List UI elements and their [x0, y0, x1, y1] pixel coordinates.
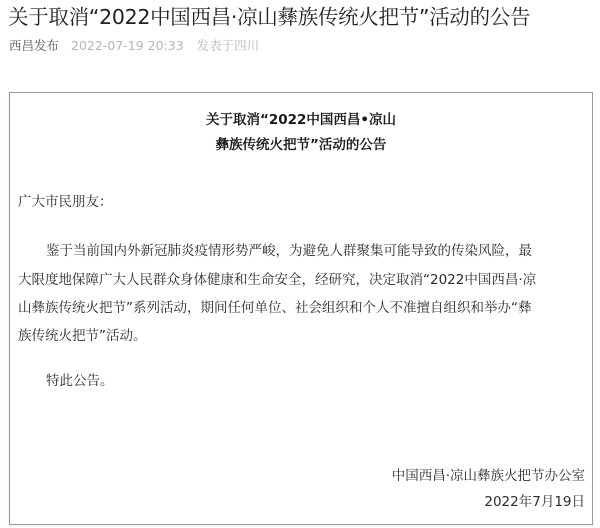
notice-heading-line-2: 彝族传统火把节”活动的公告 [10, 133, 592, 153]
publish-location: 发表于四川 [197, 38, 260, 53]
article-title: 关于取消“2022中国西昌·凉山彝族传统火把节”活动的公告 [8, 3, 530, 31]
notice-image: 关于取消“2022中国西昌•凉山 彝族传统火把节”活动的公告 广大市民朋友： 鉴… [9, 92, 593, 525]
signature-organization: 中国西昌·凉山彝族火把节办公室 [392, 464, 585, 484]
signature-date: 2022年7月19日 [484, 490, 585, 510]
author-link[interactable]: 西昌发布 [9, 38, 59, 53]
notice-paragraph-line: 大限度地保障广大人民群众身体健康和生命安全，经研究，决定取消“2022中国西昌·… [18, 268, 584, 288]
notice-paragraph-line: 山彝族传统火把节”系列活动，期间任何单位、社会组织和个人不准擅自组织和举办“彝 [18, 296, 584, 316]
notice-closing: 特此公告。 [46, 369, 600, 389]
notice-heading-line-1: 关于取消“2022中国西昌•凉山 [10, 108, 592, 128]
publish-time: 2022-07-19 20:33 [71, 38, 184, 53]
notice-salutation: 广大市民朋友： [18, 190, 584, 210]
notice-paragraph-line: 族传统火把节”活动。 [18, 324, 584, 344]
notice-paragraph-line: 鉴于当前国内外新冠肺炎疫情形势严峻，为避免人群聚集可能导致的传染风险，最 [46, 239, 600, 259]
article-meta: 西昌发布 2022-07-19 20:33 发表于四川 [9, 37, 259, 55]
